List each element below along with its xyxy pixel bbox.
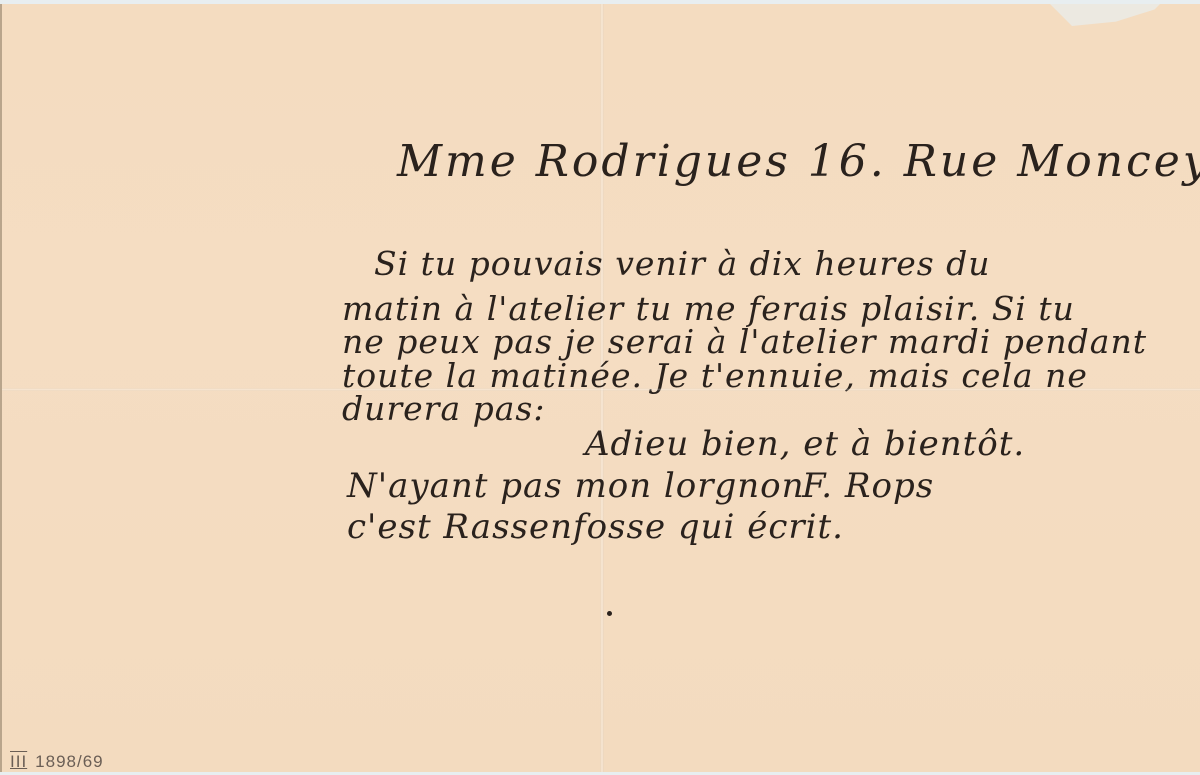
- torn-corner: [1050, 4, 1160, 26]
- body-line-5: durera pas:: [342, 389, 545, 428]
- postscript-line-1: N'ayant pas mon lorgnon: [347, 466, 805, 506]
- recipient-address: Mme Rodrigues 16. Rue Moncey: [397, 136, 1200, 187]
- letter-sheet: Mme Rodrigues 16. Rue Moncey Si tu pouva…: [0, 4, 1200, 772]
- body-line-4: toute la matinée. Je t'ennuie, mais cela…: [342, 356, 1088, 395]
- postscript-line-2: c'est Rassenfosse qui écrit.: [347, 507, 844, 547]
- archive-number: 1898/69: [35, 752, 103, 771]
- signature: F. Rops: [802, 466, 934, 506]
- archive-mark: III1898/69: [10, 752, 104, 772]
- closing-line: Adieu bien, et à bientôt.: [585, 424, 1025, 464]
- body-line-1: Si tu pouvais venir à dix heures du: [374, 244, 991, 283]
- archive-roman: III: [10, 752, 27, 771]
- ink-dot: [607, 611, 612, 616]
